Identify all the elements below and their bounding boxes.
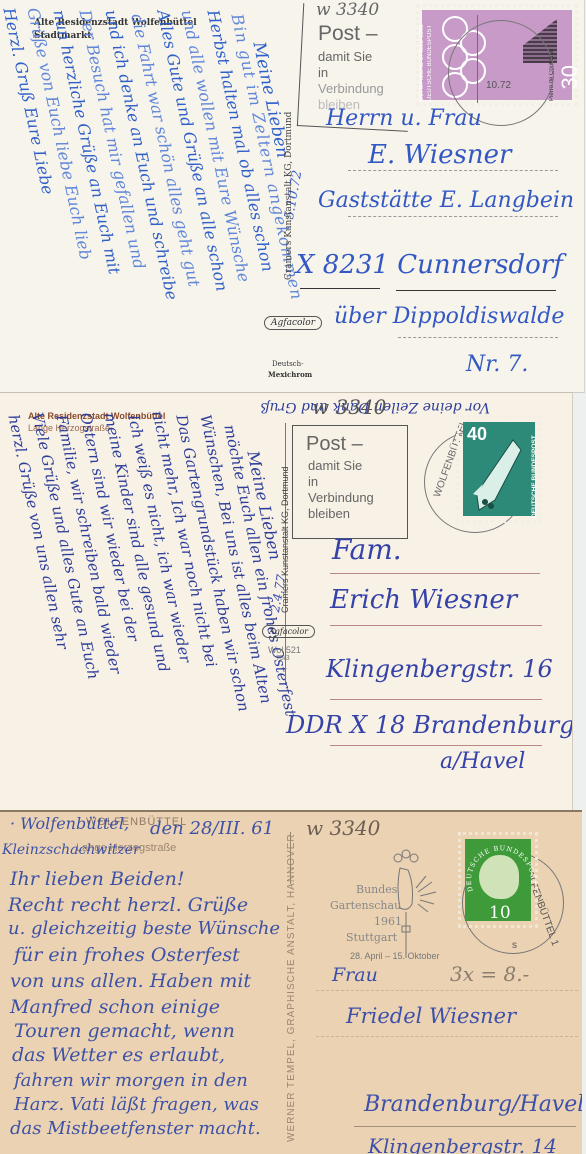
- address-line-1: Frau: [332, 964, 378, 986]
- address-line-2: Erich Wiesner: [330, 585, 517, 615]
- space-shuttle-stamp: 40 DEUTSCHE BUNDESPOST: [456, 415, 542, 523]
- agfacolor-logo: Agfacolor: [264, 316, 322, 330]
- message-line: das Mistbeetfenster macht.: [10, 1118, 261, 1139]
- message-line: u. gleichzeitig beste Wünsche: [8, 918, 280, 939]
- address-line-5: über Dippoldiswalde: [334, 304, 564, 329]
- card-caption: Alte Residenzstadt Wolfenbüttel: [28, 411, 165, 421]
- written-date: den 28/III. 61: [150, 818, 274, 839]
- print-code-2: 75/3: [276, 655, 290, 662]
- message-line: für ein frohes Osterfest: [14, 944, 240, 966]
- postcard-1977: Alte Residenzstadt Wolfenbüttel Lange He…: [0, 392, 573, 815]
- message-line: das Wetter es erlaubt,: [12, 1044, 225, 1066]
- message-line: Recht recht herzl. Grüße: [8, 894, 248, 916]
- address-line-1: Fam.: [332, 533, 402, 566]
- address-line-4: Klingenbergstr. 14: [368, 1134, 557, 1154]
- print-process: Deutsch-: [272, 360, 303, 368]
- postcard-1972: Alte Residenzstadt Wolfenbüttel Stadtmar…: [0, 0, 585, 393]
- print-code: Wol 521: [268, 645, 301, 655]
- address-line-6: Nr. 7.: [466, 352, 528, 377]
- space-shuttle-icon: [473, 436, 525, 516]
- address-line-5: a/Havel: [440, 749, 525, 774]
- price-note: 3x = 8.-: [450, 962, 529, 986]
- message-line: Manfred schon einige: [10, 996, 220, 1018]
- publisher-imprint: Cramers Kunstanstalt KG, Dortmund: [284, 112, 294, 280]
- pencil-note: w 3340: [312, 395, 386, 419]
- address-line-1: Herrn u. Frau: [326, 106, 482, 131]
- address-line-4: X 8231 Cunnersdorf: [296, 250, 563, 280]
- pencil-note: w 3340: [306, 816, 380, 840]
- message-line: Harz. Vati läßt fragen, was: [14, 1094, 259, 1115]
- publisher-imprint: WERNER TEMPEL, GRAPHISCHE ANSTALT, HANNO…: [286, 833, 297, 1142]
- address-line-3: Klingenbergstr. 16: [326, 655, 553, 683]
- print-process-name: Mexichrom: [268, 370, 312, 379]
- address-line-3: Brandenburg/Havel: [364, 1092, 582, 1117]
- publisher-imprint: Cramers Kunstanstalt KG, Dortmund: [280, 466, 290, 613]
- message-line: Touren gemacht, wenn: [14, 1020, 235, 1042]
- message-line: Ihr lieben Beiden!: [10, 868, 185, 890]
- address-line-4: DDR X 18 Brandenburg: [286, 711, 573, 739]
- message-line: fahren wir morgen in den: [14, 1070, 248, 1091]
- agfacolor-logo: Agfacolor: [262, 625, 315, 638]
- address-line-3: Gaststätte E. Langbein: [318, 188, 574, 213]
- address-line-2: Friedel Wiesner: [346, 1004, 516, 1028]
- address-line-2: E. Wiesner: [368, 140, 511, 170]
- pencil-note: w 3340: [316, 0, 379, 20]
- message-line: von uns allen. Haben mit: [10, 970, 251, 992]
- svg-text:DEUTSCHE BUNDESPOST: DEUTSCHE BUNDESPOST: [465, 844, 537, 893]
- heuss-stamp: DEUTSCHE BUNDESPOST 10: [458, 832, 538, 928]
- stamp-value: 10: [489, 903, 511, 923]
- stamp-value: 30: [557, 65, 583, 89]
- stamp-circular-text: DEUTSCHE BUNDESPOST: [465, 839, 537, 909]
- postcard-1961: WOLFENBÜTTEL Lange Herzogstraße · Wolfen…: [0, 810, 582, 1154]
